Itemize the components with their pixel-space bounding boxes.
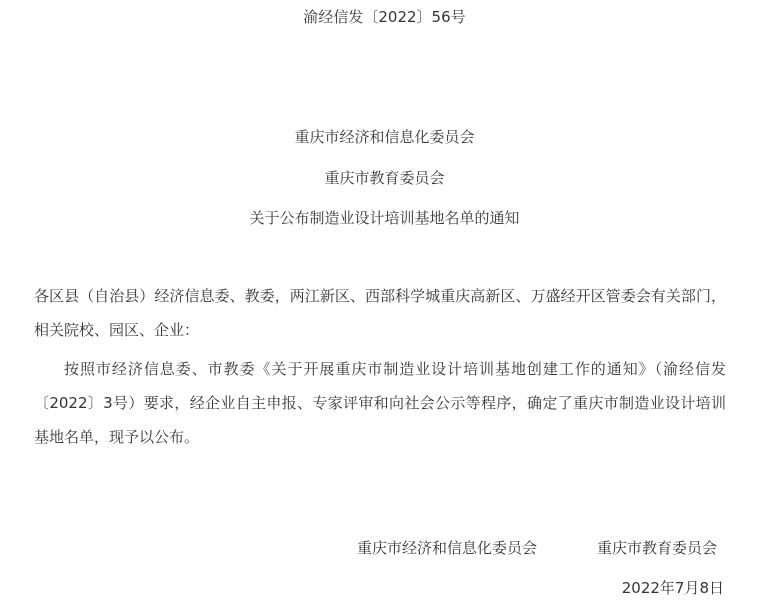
body-paragraph: 按照市经济信息委、市教委《关于开展重庆市制造业设计培训基地创建工作的通知》（渝经…: [34, 352, 726, 454]
signature-economy-commission: 重庆市经济和信息化委员会: [357, 538, 537, 558]
issuer-economy-commission: 重庆市经济和信息化委员会: [0, 127, 769, 147]
document-title: 关于公布制造业设计培训基地名单的通知: [0, 208, 769, 228]
issuer-education-commission: 重庆市教育委员会: [0, 168, 769, 188]
document-number: 渝经信发〔2022〕56号: [0, 7, 769, 27]
issue-date: 2022年7月8日: [622, 578, 724, 598]
signature-education-commission: 重庆市教育委员会: [597, 538, 717, 558]
salutation: 各区县（自治县）经济信息委、教委，两江新区、西部科学城重庆高新区、万盛经开区管委…: [34, 279, 726, 347]
